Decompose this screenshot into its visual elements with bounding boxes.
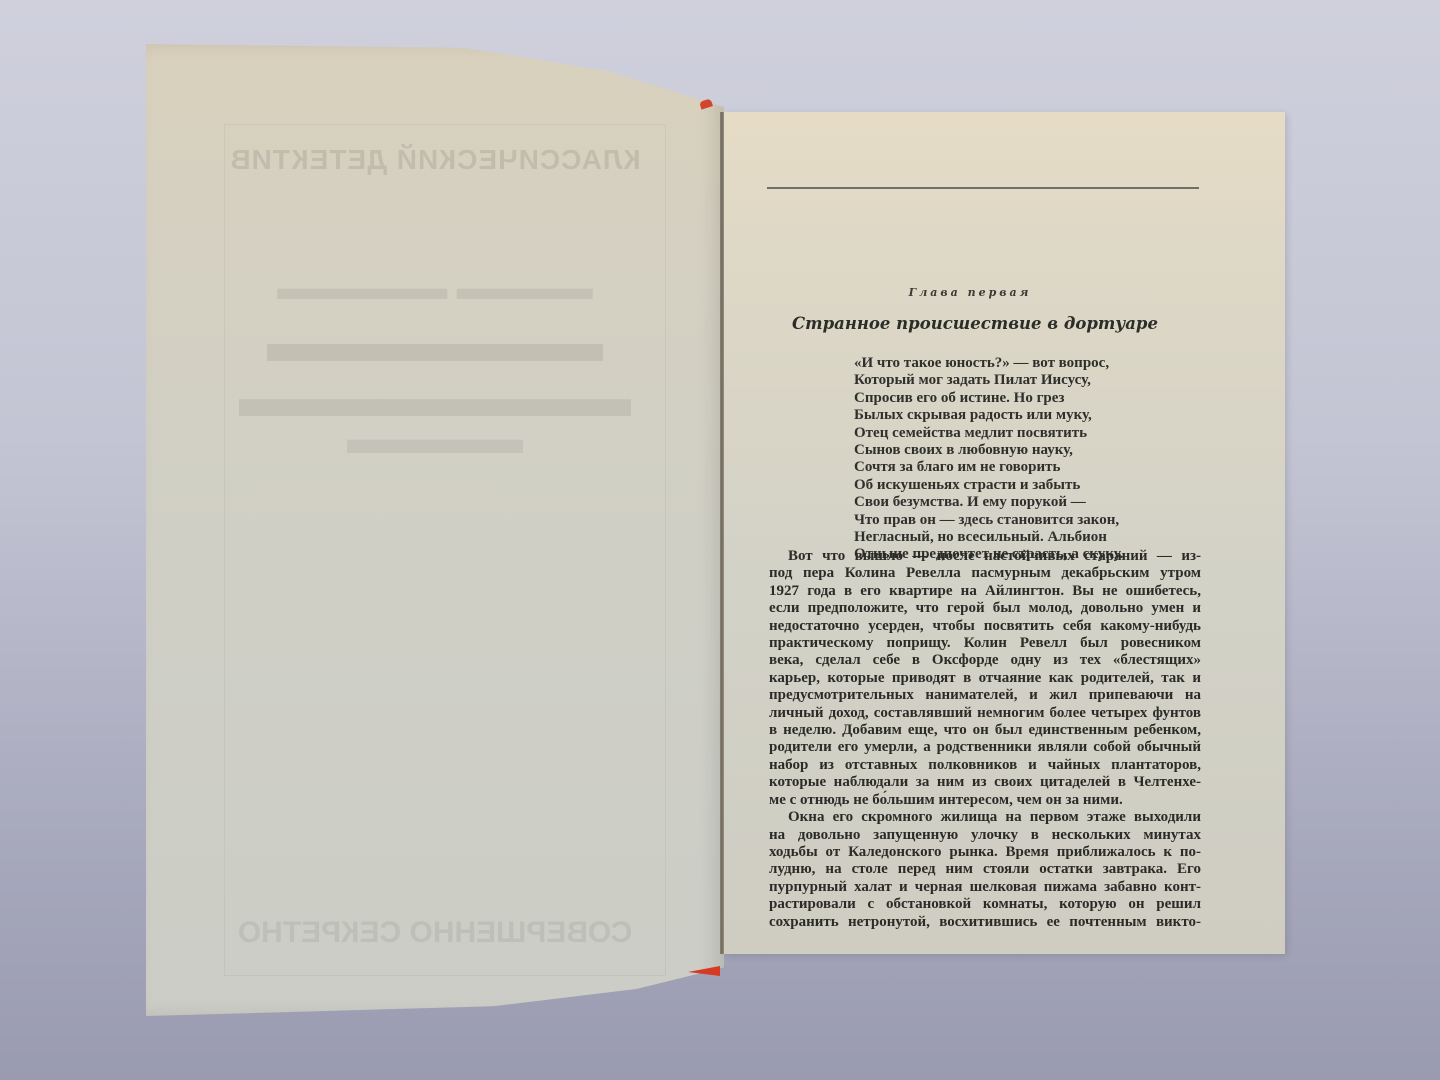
- prose-line: предусмотрительных нанимателей, и жил пр…: [769, 687, 1201, 704]
- right-page: Глава первая Странное происшествие в дор…: [724, 112, 1285, 954]
- prose-line: Вот что вышло — после настойчивых старан…: [769, 548, 1201, 565]
- prose-line: если предположите, что герой был молод, …: [769, 600, 1201, 617]
- prose-line: под пера Колина Ревелла пасмурным декабр…: [769, 565, 1201, 582]
- book-gutter: [720, 112, 724, 954]
- prose-line: века, сделал себе в Оксфорде одну из тех…: [769, 652, 1201, 669]
- poem-line: Сынов своих в любовную науку,: [854, 442, 1123, 459]
- prose-line: набор из отставных полковников и чайных …: [769, 757, 1201, 774]
- poem-line: Сочтя за благо им не говорить: [854, 459, 1123, 476]
- prose-line: на довольно запущенную улочку в нескольк…: [769, 827, 1201, 844]
- photo-scene: КЛАССИЧЕСКИЙ ДЕТЕКТИВ ▬▬▬▬ ▬▬▬▬▬ ▬▬▬▬▬▬ …: [0, 0, 1440, 1080]
- prose-line: сохранить нетронутой, восхитившись ее по…: [769, 914, 1201, 931]
- prose-line: карьер, которые приводят в отчаяние как …: [769, 670, 1201, 687]
- prose-line: практическому поприщу. Колин Ревелл был …: [769, 635, 1201, 652]
- prose-line: ходьбы от Каледонского рынка. Время приб…: [769, 844, 1201, 861]
- poem-line: Былых скрывая радость или муку,: [854, 407, 1123, 424]
- bleed-through-title-line3: ▬▬▬▬: [146, 414, 724, 464]
- prose-line: недостаточно усерден, чтобы посвятить се…: [769, 618, 1201, 635]
- prose-line: ме с отнюдь не бо́льшим интересом, чем о…: [769, 792, 1201, 809]
- prose-line: которые наблюдали за ним из своих цитаде…: [769, 774, 1201, 791]
- chapter-label: Глава первая: [724, 286, 1216, 299]
- bleed-through-author: ▬▬▬▬ ▬▬▬▬▬: [146, 269, 724, 308]
- poem-line: Спросив его об истине. Но грез: [854, 390, 1123, 407]
- poem-line: Негласный, но всесильный. Альбион: [854, 529, 1123, 546]
- header-rule: [767, 187, 1199, 189]
- poem-line: «И что такое юность?» — вот вопрос,: [854, 355, 1123, 372]
- poem-line: Свои безумства. И ему порукой —: [854, 494, 1123, 511]
- poem-line: Который мог задать Пилат Иисусу,: [854, 372, 1123, 389]
- bleed-through-series-header: КЛАССИЧЕСКИЙ ДЕТЕКТИВ: [146, 144, 724, 176]
- prose-line: 1927 года в его квартире на Айлингтон. В…: [769, 583, 1201, 600]
- chapter-title: Странное происшествие в дортуаре: [724, 314, 1226, 333]
- bleed-through-frame: [224, 124, 666, 976]
- bleed-through-publisher: СОВЕРШЕННО СЕКРЕТНО: [146, 916, 724, 950]
- poem-line: Об искушеньях страсти и забыть: [854, 477, 1123, 494]
- poem-line: Отец семейства медлит посвятить: [854, 425, 1123, 442]
- prose-line: растировали с обстановкой комнаты, котор…: [769, 896, 1201, 913]
- prose-line: личный доход, составлявший немногим боле…: [769, 705, 1201, 722]
- body-text: Вот что вышло — после настойчивых старан…: [769, 548, 1201, 931]
- prose-line: лудню, на столе перед ним стояли остатки…: [769, 861, 1201, 878]
- prose-line: в неделю. Добавим еще, что он был единст…: [769, 722, 1201, 739]
- left-page: КЛАССИЧЕСКИЙ ДЕТЕКТИВ ▬▬▬▬ ▬▬▬▬▬ ▬▬▬▬▬▬ …: [146, 44, 724, 1016]
- prose-line: пурпурный халат и черная шелковая пижама…: [769, 879, 1201, 896]
- prose-line: родители его умерли, а родственники явля…: [769, 739, 1201, 756]
- prose-line: Окна его скромного жилища на первом этаж…: [769, 809, 1201, 826]
- poem-line: Что прав он — здесь становится закон,: [854, 512, 1123, 529]
- epigraph-poem: «И что такое юность?» — вот вопрос, Кото…: [854, 355, 1123, 564]
